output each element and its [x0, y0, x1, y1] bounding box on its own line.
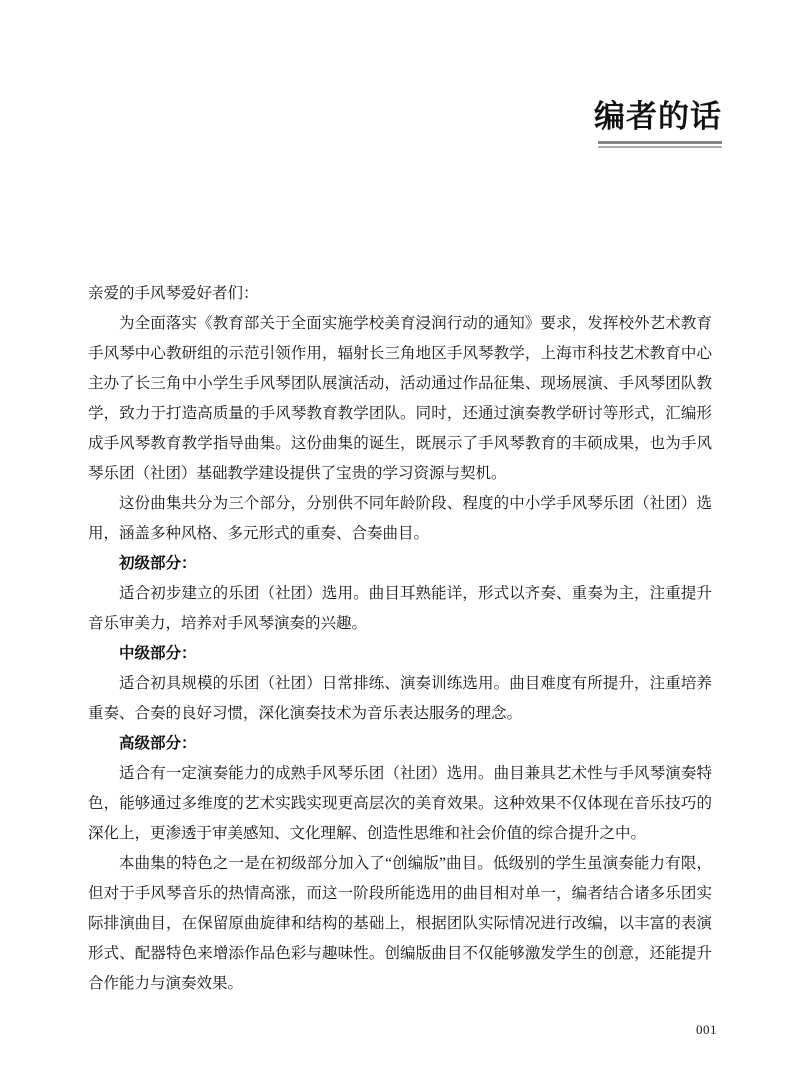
paragraph-structure: 这份曲集共分为三个部分，分别供不同年龄阶段、程度的中小学手风琴乐团（社团）选用，…	[88, 489, 712, 549]
paragraph-beginner-description: 适合初步建立的乐团（社团）选用。曲目耳熟能详，形式以齐奏、重奏为主，注重提升音乐…	[88, 579, 712, 639]
paragraph-intermediate-description: 适合初具规模的乐团（社团）日常排练、演奏训练选用。曲目难度有所提升，注重培养重奏…	[88, 669, 712, 729]
document-page: 编者的话 亲爱的手风琴爱好者们： 为全面落实《教育部关于全面实施学校美育浸润行动…	[0, 0, 800, 1091]
title-underline-top-rule	[598, 141, 722, 144]
chapter-title: 编者的话	[594, 100, 722, 136]
heading-advanced-section: 高级部分：	[88, 729, 712, 759]
page-number: 001	[696, 1022, 717, 1038]
chapter-title-block: 编者的话	[594, 100, 722, 148]
paragraph-intro: 为全面落实《教育部关于全面实施学校美育浸润行动的通知》要求，发挥校外艺术教育手风…	[88, 309, 712, 489]
title-underline	[598, 141, 722, 148]
body-text: 亲爱的手风琴爱好者们： 为全面落实《教育部关于全面实施学校美育浸润行动的通知》要…	[88, 279, 712, 999]
paragraph-advanced-description: 适合有一定演奏能力的成熟手风琴乐团（社团）选用。曲目兼具艺术性与手风琴演奏特色，…	[88, 759, 712, 849]
paragraph-salutation: 亲爱的手风琴爱好者们：	[88, 279, 712, 309]
paragraph-adapted-edition-feature: 本曲集的特色之一是在初级部分加入了“创编版”曲目。低级别的学生虽演奏能力有限，但…	[88, 849, 712, 999]
heading-beginner-section: 初级部分：	[88, 549, 712, 579]
title-underline-bottom-rule	[598, 146, 722, 148]
heading-intermediate-section: 中级部分：	[88, 639, 712, 669]
